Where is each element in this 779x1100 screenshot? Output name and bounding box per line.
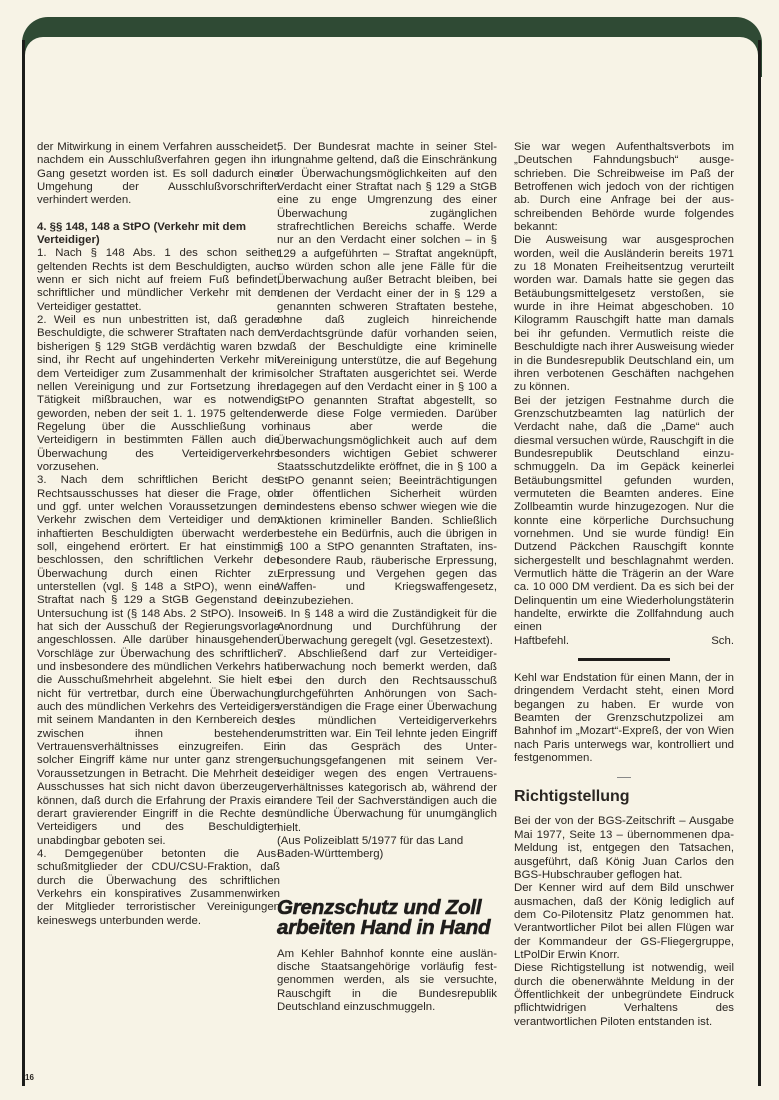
column-1: der Mitwirkung in einem Verfahren aus­sc… xyxy=(37,141,280,928)
paragraph-end: Haftbefehl. xyxy=(514,635,569,648)
page-number: 16 xyxy=(25,1073,34,1082)
page-frame-right-rule xyxy=(758,40,761,1086)
author-signature: Sch. xyxy=(711,635,734,648)
paragraph: Der Kenner wird auf dem Bild unschwer au… xyxy=(514,882,734,962)
correction-heading: Richtigstellung xyxy=(514,787,734,807)
paragraph: Kehl war Endstation für einen Mann, der … xyxy=(514,672,734,765)
page-frame-inner xyxy=(25,37,758,97)
column-2: 5. Der Bundesrat machte in seiner Stel­l… xyxy=(277,141,497,1014)
paragraph: Sie war wegen Aufenthaltsverbots im „Deu… xyxy=(514,141,734,234)
paragraph: 4. Demgegenüber betonten die Aus­schußmi… xyxy=(37,848,280,928)
page-frame-left-rule xyxy=(22,40,25,1086)
paragraph: Die Ausweisung war ausgesprochen worden,… xyxy=(514,234,734,394)
paragraph: 5. Der Bundesrat machte in seiner Stel­l… xyxy=(277,141,497,608)
article-heading: Grenzschutz und Zoll arbeiten Hand in Ha… xyxy=(277,898,497,938)
paragraph: 3. Nach dem schriftlichen Bericht des Re… xyxy=(37,474,280,848)
article-lead: Am Kehler Bahnhof konnte eine auslän­dis… xyxy=(277,948,497,1015)
paragraph: der Mitwirkung in einem Verfahren aus­sc… xyxy=(37,141,280,208)
paragraph: 6. In § 148 a wird die Zuständigkeit für… xyxy=(277,608,497,648)
paragraph: Bei der jetzigen Festnahme durch die Gre… xyxy=(514,395,734,635)
paragraph: 7. Abschließend darf zur Verteidiger­übe… xyxy=(277,648,497,835)
signature-line: Haftbefehl. Sch. xyxy=(514,635,734,648)
source-citation: (Aus Polizeiblatt 5/1977 für das Land Ba… xyxy=(277,835,497,862)
paragraph: 2. Weil es nun unbestritten ist, daß ge­… xyxy=(37,314,280,474)
paragraph: 1. Nach § 148 Abs. 1 des schon seither g… xyxy=(37,247,280,314)
paragraph: Bei der von der BGS-Zeitschrift – Aus­ga… xyxy=(514,815,734,882)
section-divider xyxy=(578,658,670,661)
section-heading: 4. §§ 148, 148 a StPO (Verkehr mit dem V… xyxy=(37,221,280,248)
column-3: Sie war wegen Aufenthaltsverbots im „Deu… xyxy=(514,141,734,1029)
paragraph: Diese Richtigstellung ist notwendig, wei… xyxy=(514,962,734,1029)
small-divider xyxy=(617,777,631,778)
